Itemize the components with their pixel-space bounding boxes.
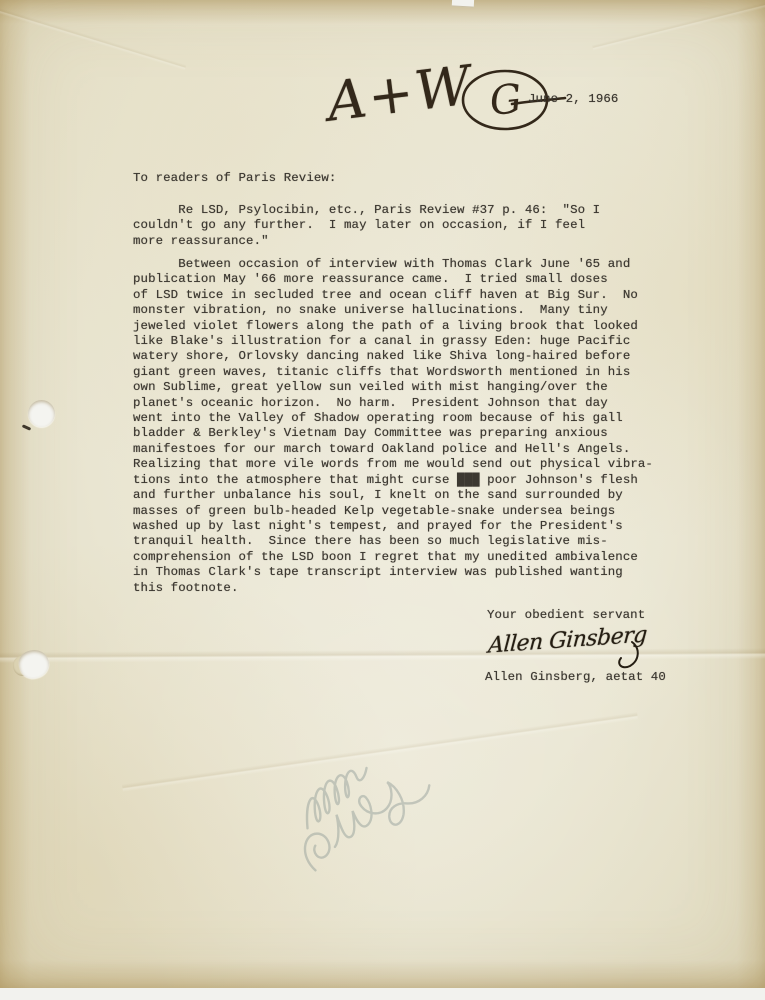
typed-line: and further unbalance his soul, I knelt … <box>133 488 653 503</box>
typed-line: planet's oceanic horizon. No harm. Presi… <box>133 396 653 411</box>
typed-line: Re LSD, Psylocibin, etc., Paris Review #… <box>133 203 600 218</box>
top-edge-notch <box>452 0 474 8</box>
typed-line: masses of green bulb-headed Kelp vegetab… <box>133 504 653 519</box>
typed-line: in Thomas Clark's tape transcript interv… <box>133 565 653 580</box>
typed-line: Between occasion of interview with Thoma… <box>133 257 653 272</box>
signature-flourish <box>482 624 662 670</box>
typed-line: manifestoes for our march toward Oakland… <box>133 442 653 457</box>
typed-line: washed up by last night's tempest, and p… <box>133 519 653 534</box>
typed-line: watery shore, Orlovsky dancing naked lik… <box>133 349 653 364</box>
scanned-letter: A+W G June 2, 1966 To readers of Paris R… <box>0 0 765 1000</box>
typed-line: giant green waves, titanic cliffs that W… <box>133 365 653 380</box>
typed-line: Realizing that more vile words from me w… <box>133 457 653 472</box>
typed-line: more reassurance." <box>133 234 600 249</box>
date-line: June 2, 1966 <box>528 92 618 107</box>
typed-line: publication May '66 more reassurance cam… <box>133 272 653 287</box>
closing-line: Your obedient servant <box>487 608 645 623</box>
typed-line: own Sublime, great yellow sun veiled wit… <box>133 380 653 395</box>
typed-line: couldn't go any further. I may later on … <box>133 218 600 233</box>
ghost-signature <box>258 678 568 843</box>
paragraph-2: Between occasion of interview with Thoma… <box>133 257 653 596</box>
typed-line: this footnote. <box>133 581 653 596</box>
typed-line: bladder & Berkley's Vietnam Day Committe… <box>133 426 653 441</box>
typed-line: tions into the atmosphere that might cur… <box>133 473 653 488</box>
typed-line: comprehension of the LSD boon I regret t… <box>133 550 653 565</box>
typed-line: jeweled violet flowers along the path of… <box>133 319 653 334</box>
punch-hole-top <box>28 400 55 427</box>
ink-signature-block: Allen Ginsberg <box>482 624 662 670</box>
paragraph-1: Re LSD, Psylocibin, etc., Paris Review #… <box>133 203 600 249</box>
circled-letter: G <box>487 76 524 125</box>
salutation: To readers of Paris Review: <box>133 171 336 186</box>
handwritten-initials: A+W <box>324 53 476 133</box>
typed-line: monster vibration, no snake universe hal… <box>133 303 653 318</box>
typed-line: like Blake's illustration for a canal in… <box>133 334 653 349</box>
typed-line: tranquil health. Since there has been so… <box>133 534 653 549</box>
typed-line: of LSD twice in secluded tree and ocean … <box>133 288 653 303</box>
typed-line: went into the Valley of Shadow operating… <box>133 411 653 426</box>
